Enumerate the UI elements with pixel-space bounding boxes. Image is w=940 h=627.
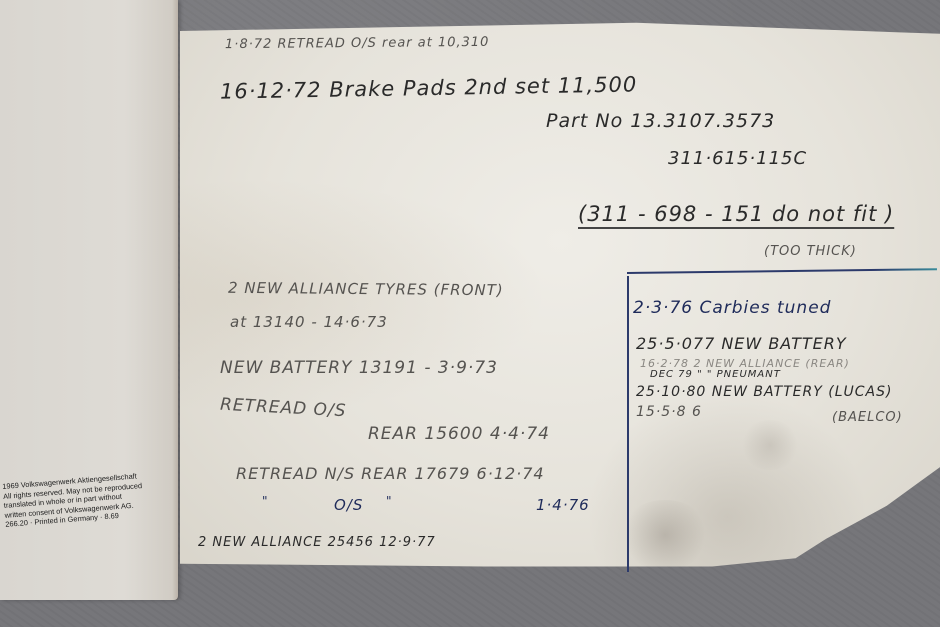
log-entry-os-date: 1·4·76 xyxy=(536,496,590,514)
log-entry-battery-lucas: 25·10·80 NEW BATTERY (LUCAS) xyxy=(636,384,892,400)
log-entry-part-number-alt: 311·615·115C xyxy=(668,148,807,169)
log-entry-battery-1977: 25·5·077 NEW BATTERY xyxy=(636,334,847,353)
log-entry-part-number: Part No 13.3107.3573 xyxy=(546,110,775,132)
log-entry-retread-os-rear: REAR 15600 4·4·74 xyxy=(368,424,550,444)
log-entry-battery-1973: NEW BATTERY 13191 - 3·9·73 xyxy=(220,358,498,378)
ruled-line-vertical xyxy=(627,276,629,572)
copyright-notice: 1969 Volkswagenwerk Aktiengesellschaft A… xyxy=(2,469,175,530)
log-entry-1986: 15·5·8 6 xyxy=(636,404,702,420)
log-entry-front-tyres-date: at 13140 - 14·6·73 xyxy=(230,313,388,331)
log-entry-pneumant-1979: DEC 79 " " PNEUMANT xyxy=(650,369,781,380)
log-entry-front-tyres: 2 NEW ALLIANCE TYRES (FRONT) xyxy=(228,279,504,299)
log-entry-retread-ns: RETREAD N/S REAR 17679 6·12·74 xyxy=(236,464,545,483)
log-entry-os-ditto: O/S xyxy=(334,496,363,514)
log-entry-retread-1972: 1·8·72 RETREAD O/S rear at 10,310 xyxy=(225,35,490,52)
log-entry-carbies-tuned: 2·3·76 Carbies tuned xyxy=(633,298,831,318)
log-entry-too-thick: (TOO THICK) xyxy=(764,244,857,259)
ditto-mark: " xyxy=(262,494,269,508)
log-entry-do-not-fit: (311 - 698 - 151 do not fit ) xyxy=(578,202,894,226)
water-stain xyxy=(740,420,800,470)
water-stain xyxy=(620,500,710,570)
log-entry-alliance-1977: 2 NEW ALLIANCE 25456 12·9·77 xyxy=(198,535,436,550)
ditto-mark: " xyxy=(386,494,393,508)
left-page: 1969 Volkswagenwerk Aktiengesellschaft A… xyxy=(0,0,178,600)
log-entry-baelco: (BAELCO) xyxy=(832,410,903,425)
